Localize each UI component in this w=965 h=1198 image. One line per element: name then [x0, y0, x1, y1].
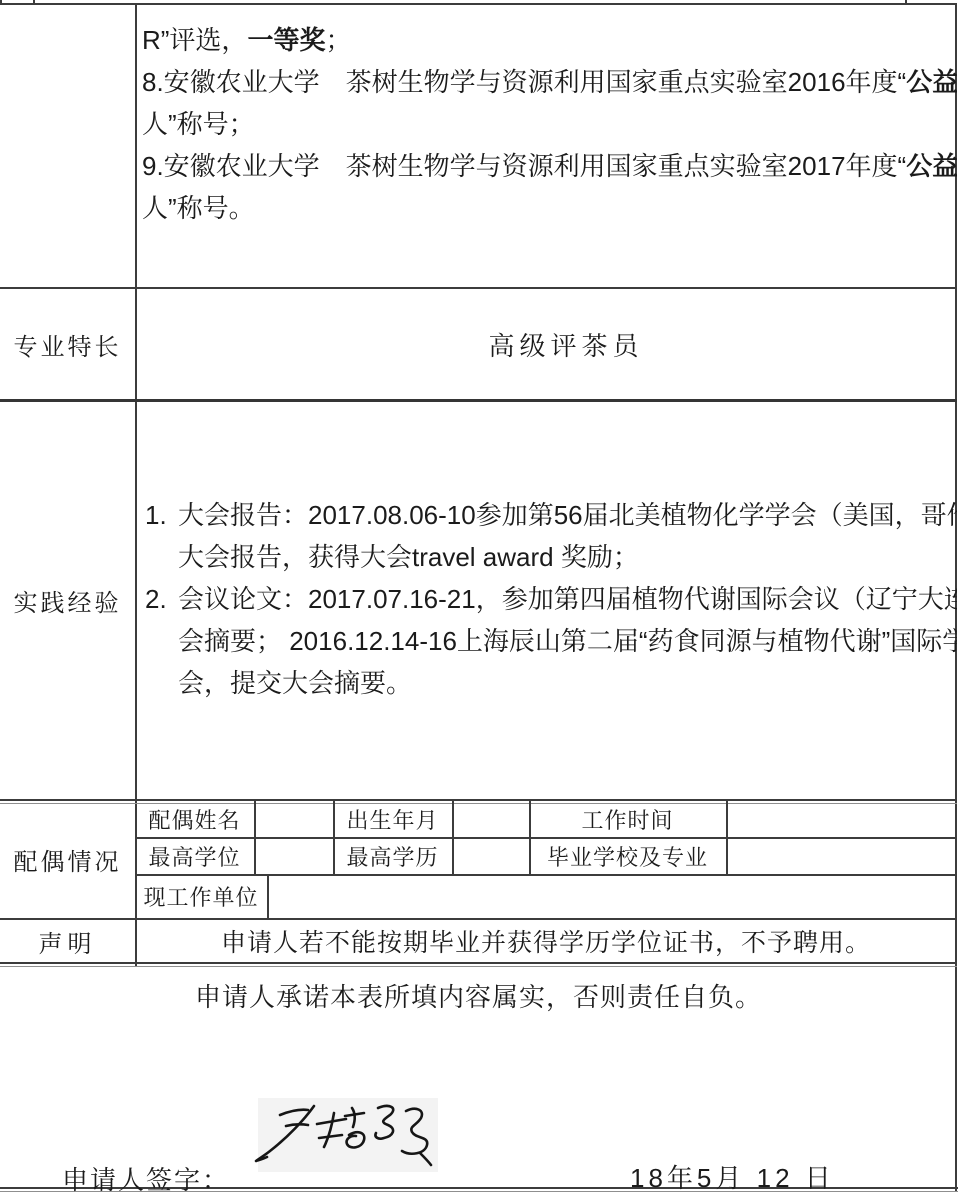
honors-line-3: 人”称号； — [142, 103, 957, 145]
practice-item1-line2: 大会报告，获得大会travel award 奖励； — [178, 536, 957, 578]
practice-item1-text1: 大会报告：2017.08.06-10参加第56届北美植物化学学会（美国，哥伦比亚… — [178, 500, 957, 530]
spouse-education-label: 最高学历 — [333, 838, 452, 875]
spouse-worktime-value — [726, 801, 955, 838]
practice-item1-number: 1. — [145, 494, 178, 536]
practice-content: 1.大会报告：2017.08.06-10参加第56届北美植物化学学会（美国，哥伦… — [135, 402, 957, 799]
spouse-employer-value — [267, 875, 955, 918]
honors-line3-text: 人”称号； — [142, 109, 255, 139]
spouse-school-major-label: 毕业学校及专业 — [529, 838, 726, 875]
spouse-name-label: 配偶姓名 — [135, 801, 254, 838]
specialty-value: 高级评茶员 — [135, 289, 957, 399]
practice-item2-line2: 会摘要； 2016.12.14-16上海辰山第二届“药食同源与植物代谢”国际学术… — [178, 620, 957, 662]
spouse-degree-value — [254, 838, 333, 875]
honors-line1-text: R”评选， — [142, 25, 247, 55]
signature-ink-strokes — [250, 1093, 440, 1178]
honors-line4-bold: 公益活动先进个 — [906, 151, 957, 181]
practice-item2-line1: 2.会议论文：2017.07.16-21，参加第四届植物代谢国际会议（辽宁大连）… — [145, 578, 957, 620]
honors-line-2: 8.安徽农业大学 茶树生物学与资源利用国家重点实验室2016年度“公益活动先进个 — [142, 61, 957, 103]
practice-item2-number: 2. — [145, 578, 178, 620]
applicant-promise-text: 申请人承诺本表所填内容属实，否则责任自负。 — [0, 977, 957, 1014]
practice-row-label: 实践经验 — [0, 402, 135, 799]
spouse-name-value — [254, 801, 333, 838]
honors-line-4: 9.安徽农业大学 茶树生物学与资源利用国家重点实验室2017年度“公益活动先进个 — [142, 145, 957, 187]
spouse-row-label: 配偶情况 — [0, 800, 135, 918]
honors-line4-text: 9.安徽农业大学 茶树生物学与资源利用国家重点实验室2017年度“ — [142, 151, 906, 181]
honors-line2-text: 8.安徽农业大学 茶树生物学与资源利用国家重点实验室2016年度“ — [142, 67, 906, 97]
spouse-employer-label: 现工作单位 — [135, 875, 267, 918]
declaration-text: 申请人若不能按期毕业并获得学历学位证书，不予聘用。 — [135, 920, 957, 962]
declaration-row-label: 声明 — [0, 920, 135, 962]
signature-line-label: 申请人签字： — [62, 1160, 230, 1197]
specialty-row-label: 专业特长 — [0, 289, 135, 399]
honors-line1-bold: 一等奖 — [247, 25, 325, 55]
spouse-school-major-value — [726, 838, 955, 875]
applicant-signature: 王培强 — [250, 1093, 440, 1178]
honors-line2-bold: 公益活动先进个 — [906, 67, 957, 97]
honors-line-1: R”评选，一等奖； — [142, 19, 957, 61]
practice-item1-line1: 1.大会报告：2017.08.06-10参加第56届北美植物化学学会（美国，哥伦… — [145, 494, 957, 536]
practice-item2-line3: 会，提交大会摘要。 — [178, 662, 957, 704]
spouse-birthdate-label: 出生年月 — [333, 801, 452, 838]
spouse-worktime-label: 工作时间 — [529, 801, 726, 838]
spouse-degree-label: 最高学位 — [135, 838, 254, 875]
signature-date: 18年5月 12 日 — [630, 1158, 835, 1195]
honors-continuation-text: R”评选，一等奖； 8.安徽农业大学 茶树生物学与资源利用国家重点实验室2016… — [135, 3, 957, 287]
honors-line1-suffix: ； — [325, 25, 351, 55]
scanned-application-form-page: R”评选，一等奖； 8.安徽农业大学 茶树生物学与资源利用国家重点实验室2016… — [0, 0, 965, 1198]
spouse-birthdate-value — [452, 801, 529, 838]
honors-line5-text: 人”称号。 — [142, 193, 255, 223]
practice-item2-text1: 会议论文：2017.07.16-21，参加第四届植物代谢国际会议（辽宁大连），提… — [178, 584, 957, 614]
table-bottom-rule — [0, 962, 957, 967]
honors-line-5: 人”称号。 — [142, 187, 957, 229]
spouse-education-value — [452, 838, 529, 875]
